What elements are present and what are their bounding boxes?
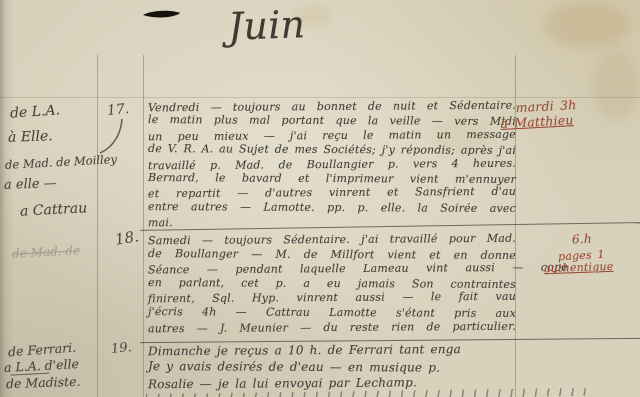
- red-margin-annotation: authentique: [544, 260, 614, 275]
- red-margin-annotation: mardi 3h à Matthieu: [499, 97, 577, 131]
- red-annotation-line: à Matthieu: [500, 112, 578, 131]
- page-title-month: Juin: [227, 0, 388, 49]
- diary-entry-19: Dimanche je reçus a 10 h. de Ferrari tan…: [148, 342, 508, 392]
- entry-day-number: 18.: [114, 227, 140, 249]
- margin-note-faded: de Mad. de: [12, 243, 81, 261]
- column-guide-line: [97, 55, 98, 397]
- diary-line: Dimanche je reçus a 10 h. de Ferrari tan…: [148, 341, 508, 360]
- entry-day-number: 19.: [110, 340, 132, 357]
- margin-note: à Elle.: [8, 128, 53, 146]
- margin-note: a Cattrau: [20, 200, 88, 219]
- paper-stain: [545, 2, 630, 48]
- column-guide-line: [143, 55, 144, 397]
- diary-line: j'écris 4h — Cattrau Lamotte s'étant pri…: [148, 305, 516, 322]
- diary-entry-17: Vendredi — toujours au bonnet de nuit et…: [148, 100, 516, 230]
- red-margin-annotation: 6.h: [572, 232, 592, 247]
- margin-note: a elle —: [4, 176, 57, 193]
- diary-line: Samedi — toujours Sédentaire. j'ai trava…: [148, 232, 516, 249]
- ink-dash-mark: [141, 5, 184, 26]
- pen-flourish: [96, 117, 132, 163]
- diary-line: autres — J. Meunier — du reste rien de p…: [148, 319, 516, 336]
- margin-note: de L.A.: [10, 102, 61, 121]
- margin-note: de Madiste.: [6, 374, 81, 392]
- diary-entry-18: Samedi — toujours Sédentaire. j'ai trava…: [148, 233, 516, 335]
- manuscript-page: Juin de L.A. à Elle. de Mad. de Moilley …: [0, 0, 640, 397]
- paper-stain: [592, 50, 640, 120]
- margin-note: a L.A. d'elle: [4, 356, 80, 375]
